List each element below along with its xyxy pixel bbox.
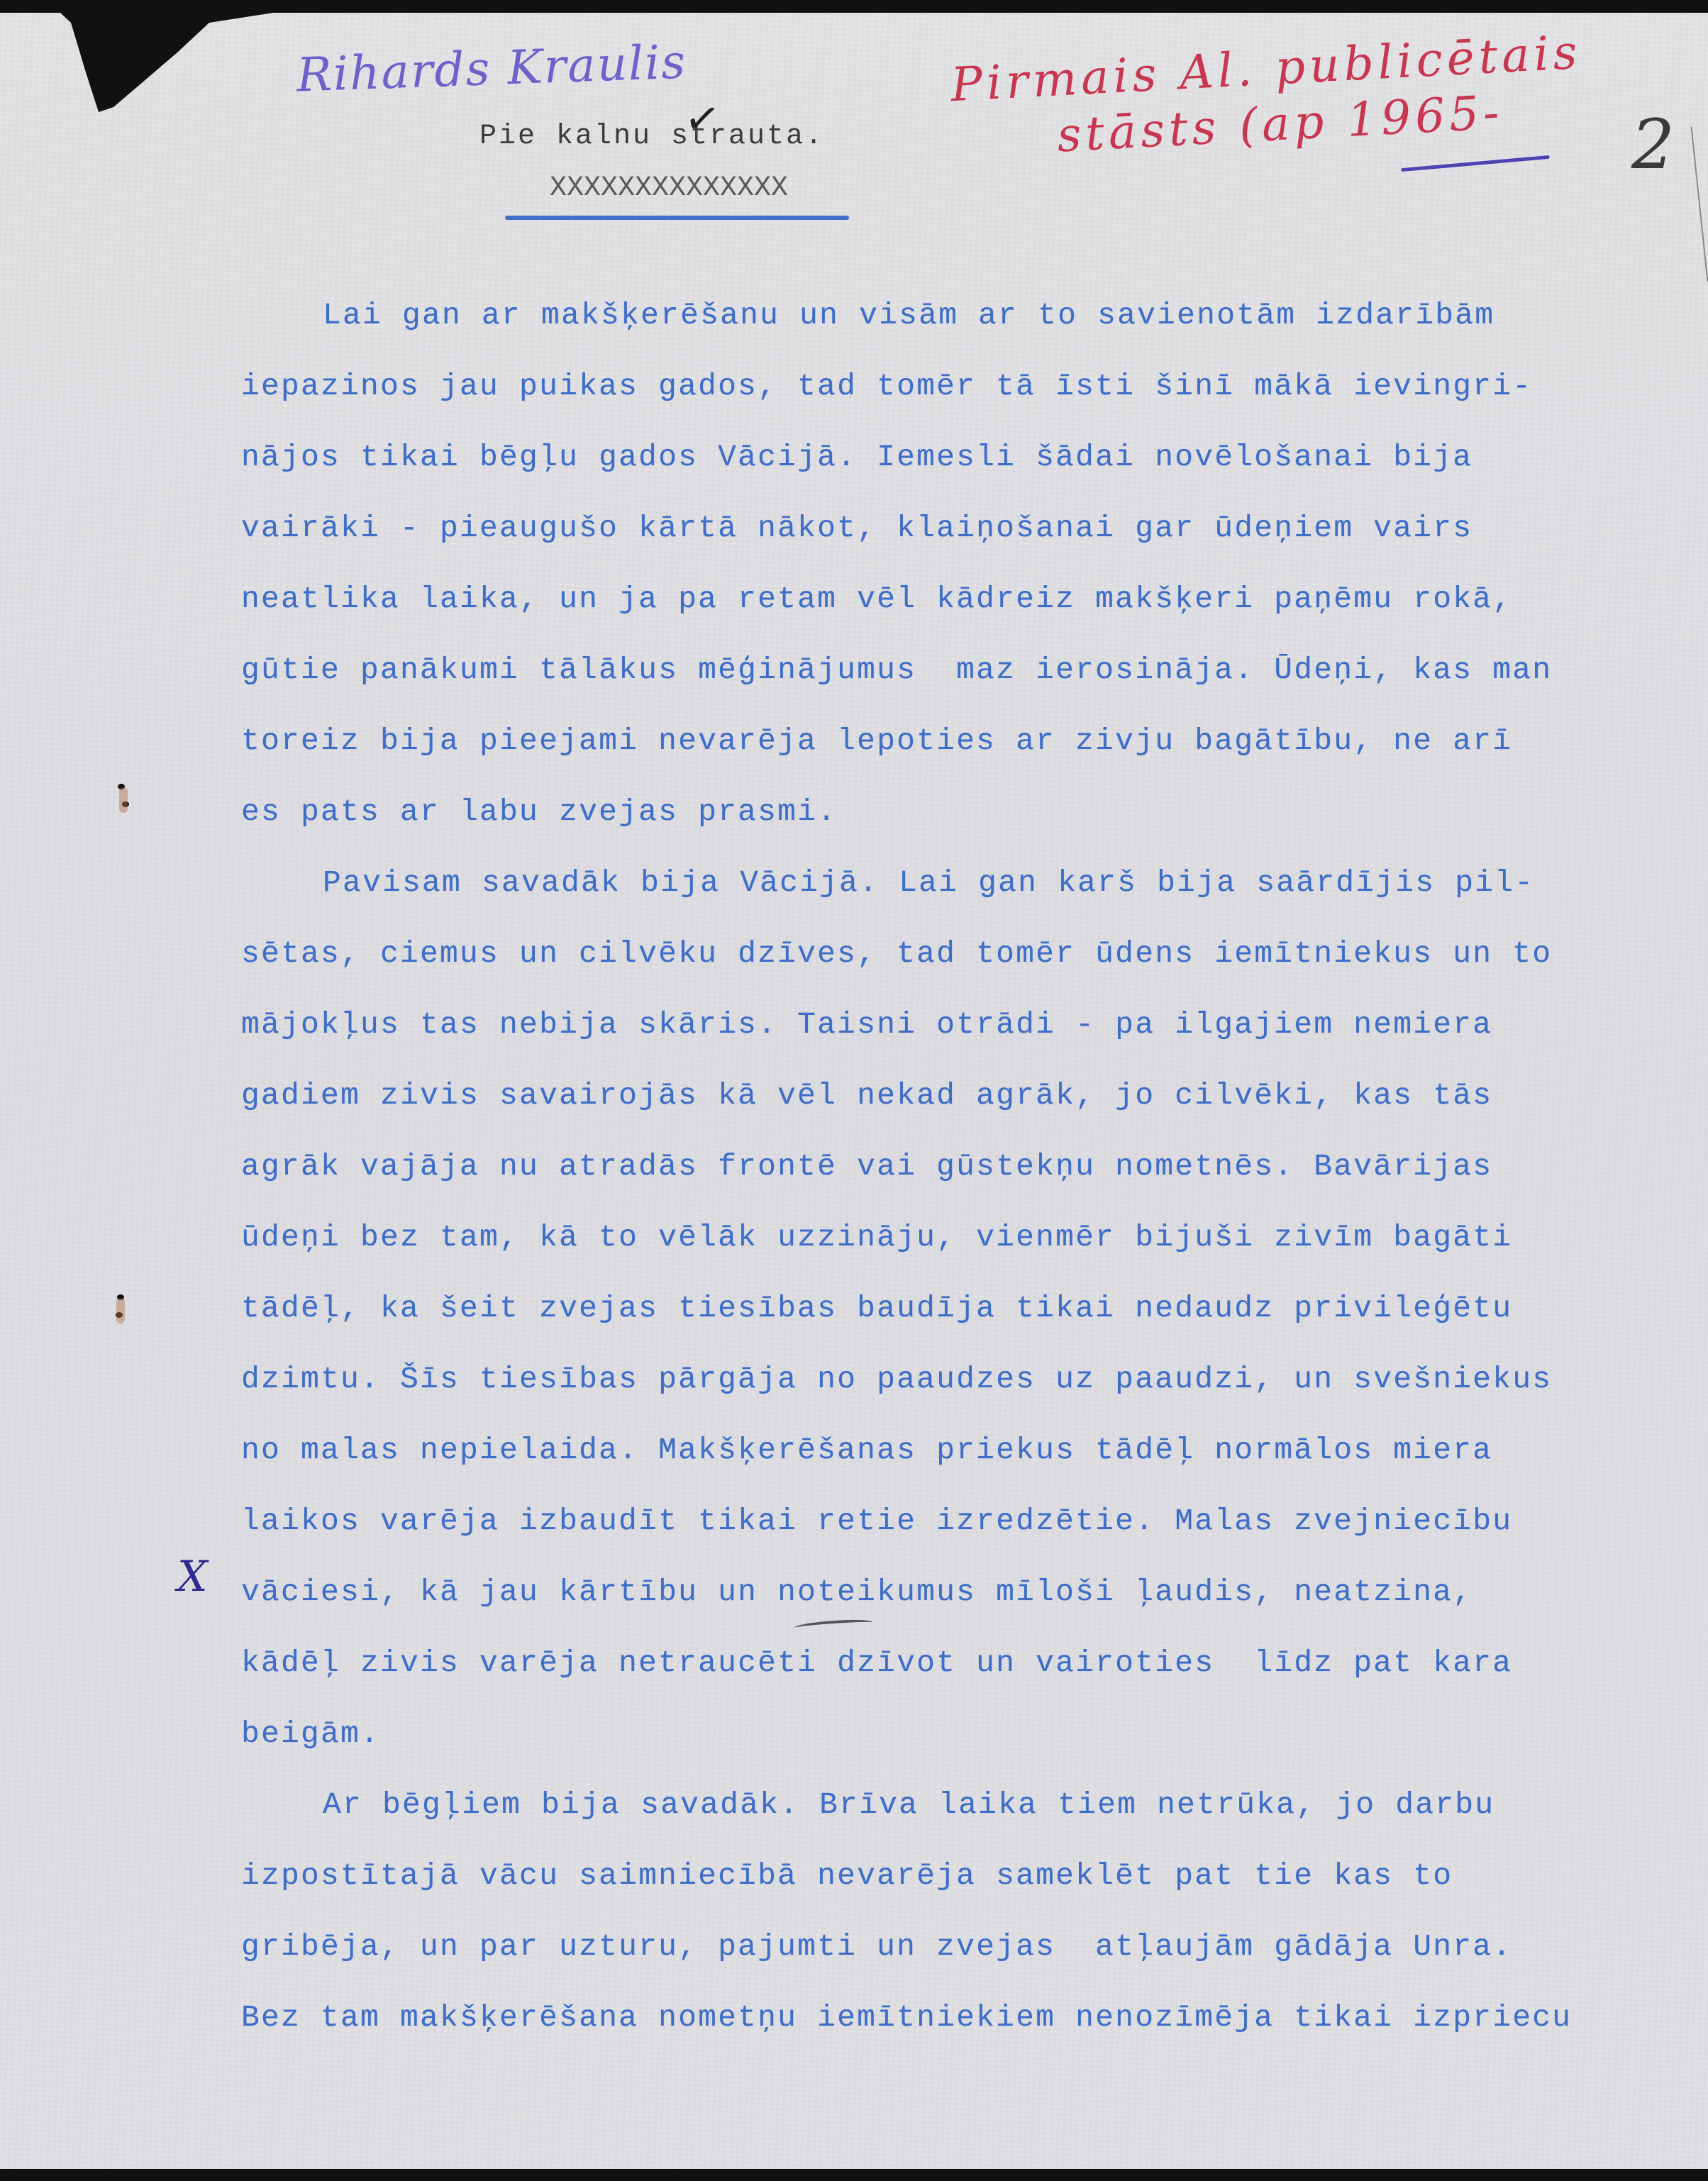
struck-out-subtitle: XXXXXXXXXXXXXX <box>550 172 788 204</box>
text-line: izpostītajā vācu saimniecībā nevarēja sa… <box>241 1858 1453 1893</box>
text-line: gribēja, un par uzturu, pajumti un zveja… <box>241 1929 1512 1964</box>
pen-correction-squiggle <box>794 1618 873 1632</box>
document-title: Pie kalnu strauta. <box>479 121 824 152</box>
rust-stain <box>116 1298 125 1323</box>
text-line: Pavisam savadāk bija Vācijā. Lai gan kar… <box>323 865 1534 900</box>
text-line: vāciesi, kā jau kārtību un noteikumus mī… <box>241 1575 1473 1609</box>
text-line: gūtie panākumi tālākus mēģinājumus maz i… <box>241 653 1552 687</box>
subtitle-underline <box>505 216 849 220</box>
paper-fold-line <box>1691 126 1708 282</box>
text-line: kādēļ zivis varēja netraucēti dzīvot un … <box>241 1646 1512 1680</box>
page-number: 2 <box>1631 105 1675 184</box>
text-line: dzimtu. Šīs tiesības pārgāja no paaudzes… <box>241 1362 1552 1397</box>
text-line: laikos varēja izbaudīt tikai retie izred… <box>241 1504 1512 1538</box>
text-line: no malas nepielaida. Makšķerēšanas priek… <box>241 1433 1492 1467</box>
text-line: toreiz bija pieejami nevarēja lepoties a… <box>241 723 1512 758</box>
text-line: Bez tam makšķerēšana nometņu iemītniekie… <box>241 2000 1572 2035</box>
handwritten-author-name: Rihards Kraulis <box>296 34 687 102</box>
text-line: gadiem zivis savairojās kā vēl nekad agr… <box>241 1078 1492 1113</box>
text-line: tādēļ, ka šeit zvejas tiesības baudīja t… <box>241 1291 1512 1326</box>
text-line: ūdeņi bez tam, kā to vēlāk uzzināju, vie… <box>241 1220 1512 1255</box>
pen-underline <box>1401 155 1550 172</box>
text-line: sētas, ciemus un cilvēku dzīves, tad tom… <box>241 936 1552 971</box>
text-line: beigām. <box>241 1716 380 1751</box>
scanned-page: Rihards Kraulis Pirmais Al. publicētais … <box>0 13 1708 2169</box>
text-line: Ar bēgļiem bija savadāk. Brīva laika tie… <box>323 1787 1494 1822</box>
text-line: agrāk vajāja nu atradās frontē vai gūste… <box>241 1149 1492 1184</box>
margin-x-mark: X <box>177 1552 208 1602</box>
text-line: nājos tikai bēgļu gados Vācijā. Iemesli … <box>241 440 1473 475</box>
text-line: Lai gan ar makšķerēšanu un visām ar to s… <box>323 298 1494 333</box>
text-line: es pats ar labu zvejas prasmi. <box>241 794 837 829</box>
text-line: iepazinos jau puikas gados, tad tomēr tā… <box>241 369 1532 404</box>
text-line: mājokļus tas nebija skāris. Taisni otrād… <box>241 1007 1492 1042</box>
torn-corner <box>60 13 273 112</box>
text-line: vairāki - pieaugušo kārtā nākot, klaiņoš… <box>241 511 1473 545</box>
insertion-caret-mark: ✓ <box>681 92 723 146</box>
text-line: neatlika laika, un ja pa retam vēl kādre… <box>241 582 1512 616</box>
rust-stain <box>119 787 128 813</box>
